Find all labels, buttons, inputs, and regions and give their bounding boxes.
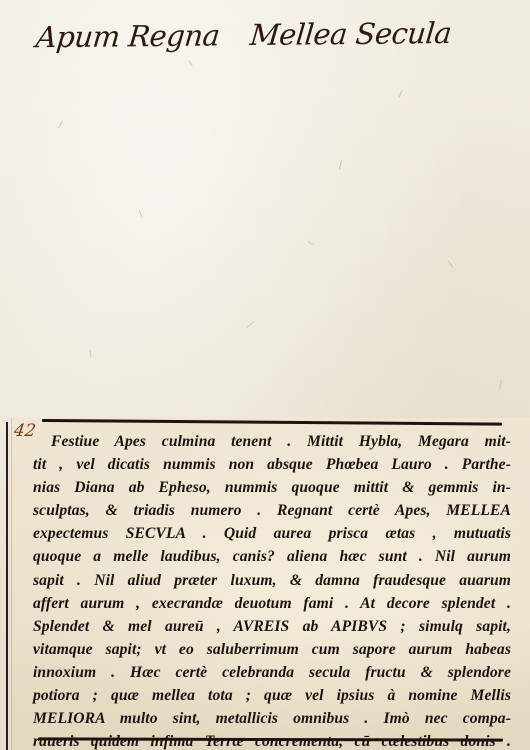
latin-text-block: Festiue Apes culmina tenent . Mittit Hyb… (33, 430, 511, 750)
paper-fiber (247, 321, 255, 328)
clipping-left-border (6, 422, 8, 750)
paper-fiber (188, 60, 193, 65)
text-line: sculptas, & triadis numero . Regnant cer… (33, 499, 511, 522)
text-line: tit , vel dicatis nummis non absque Phœb… (33, 453, 511, 476)
text-line: nias Diana ab Epheso, nummis quoque mitt… (33, 476, 511, 499)
text-line: MELIORA multo sint, metallicis omnibus .… (33, 707, 511, 730)
paper-fiber (499, 380, 502, 389)
paper-fiber (58, 120, 63, 128)
handwritten-title: Apum Regna Mellea Secula (34, 16, 474, 55)
text-line: raueris quidem infima Terræ concrementa,… (33, 730, 511, 750)
paper-fiber (448, 260, 453, 267)
paper-fiber (89, 350, 91, 357)
paper-fiber (308, 241, 314, 245)
text-line: affert aurum , execrandæ deuotum fami . … (33, 592, 511, 615)
text-line: expectemus SECVLA . Quid aurea prisca æt… (33, 522, 511, 545)
handwritten-title-part-2: Mellea Secula (249, 16, 453, 52)
paper-fiber (398, 90, 402, 98)
text-line: innoxium . Hæc certè celebranda secula f… (33, 661, 511, 684)
text-line: quoque a melle laudibus, canis? aliena h… (33, 545, 511, 568)
handwritten-title-part-1: Apum Regna (34, 18, 221, 54)
text-line: sapit . Nil aliud præter luxum, & damna … (33, 569, 511, 592)
text-line: potiora ; quæ mellea tota ; quæ vel ipsi… (33, 684, 511, 707)
text-line: Festiue Apes culmina tenent . Mittit Hyb… (33, 430, 511, 453)
paper-fiber (339, 160, 343, 170)
text-line: Splendet & mel aureū , AVREIS ab APIBVS … (33, 615, 511, 638)
paper-fiber (139, 210, 142, 217)
text-line: vitamque sapit; vt eo saluberrimum cum s… (33, 638, 511, 661)
